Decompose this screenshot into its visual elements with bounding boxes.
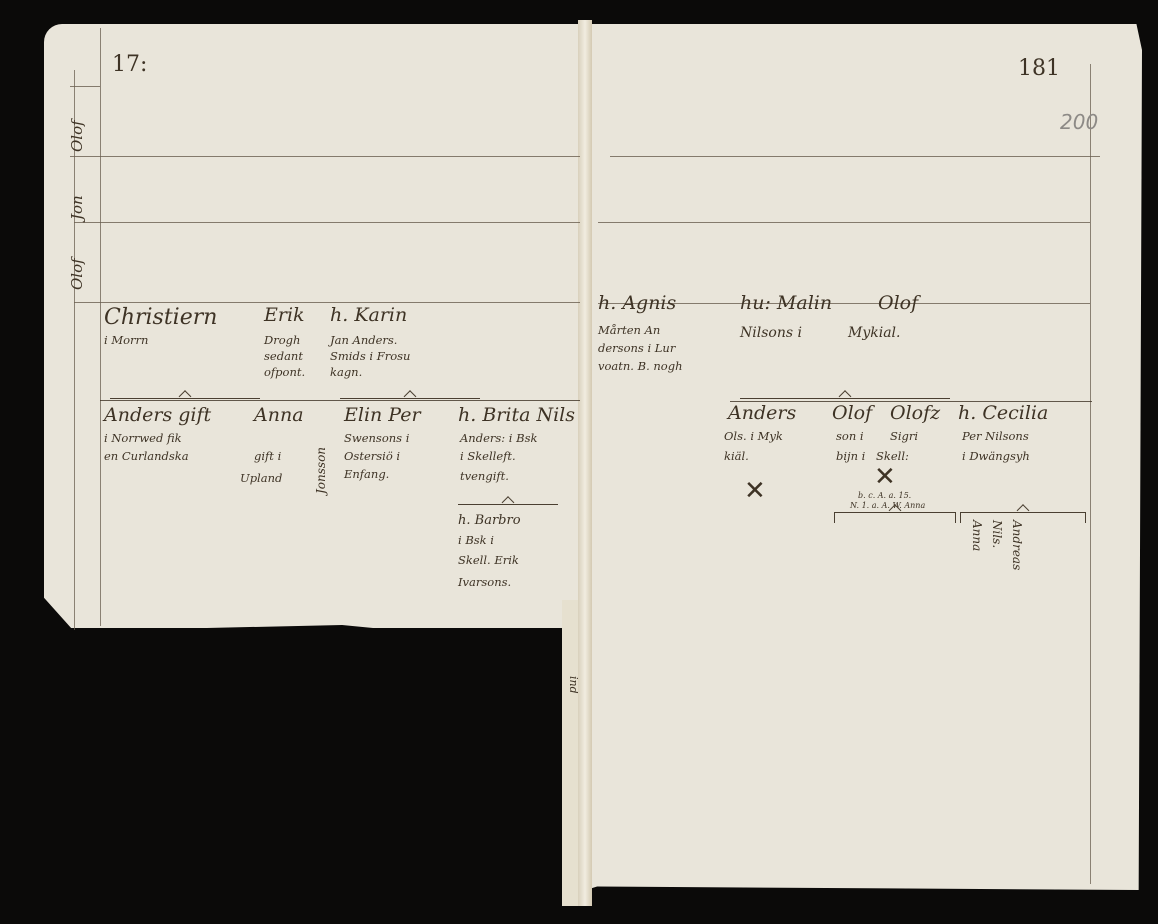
person-note: son i bbox=[836, 430, 864, 442]
person-note: Swensons i bbox=[344, 432, 409, 444]
person-note: gift i bbox=[254, 450, 281, 462]
family-bracket bbox=[110, 398, 260, 399]
right-margin-rule bbox=[1090, 64, 1091, 884]
person-note: Ostersiö i bbox=[344, 450, 400, 462]
small-note: b. c. A. a. 15. bbox=[858, 492, 911, 500]
person-name: h. Cecilia bbox=[958, 404, 1048, 424]
person-note: voatn. B. nogh bbox=[598, 360, 682, 372]
row-rule-2 bbox=[74, 222, 580, 223]
person-name: h. Brita Nils bbox=[458, 406, 575, 426]
row-rule-1 bbox=[70, 156, 580, 157]
person-note: tvengift. bbox=[460, 470, 509, 482]
margin-label: Olof bbox=[68, 228, 86, 290]
person-note: Enfang. bbox=[344, 468, 389, 480]
person-note: Sigri bbox=[890, 430, 918, 442]
person-note: sedant bbox=[264, 350, 303, 362]
left-margin-rule-outer bbox=[74, 70, 75, 630]
person-note: en Curlandska bbox=[104, 450, 189, 462]
person-note: Anders: i Bsk bbox=[460, 432, 537, 444]
person-note: i Bsk i bbox=[458, 534, 494, 546]
child-name: Anna bbox=[970, 520, 983, 551]
row-rule-3 bbox=[74, 302, 580, 303]
person-name: Olof bbox=[832, 404, 872, 424]
person-note: Per Nilsons bbox=[962, 430, 1029, 442]
person-note: i Skelleft. bbox=[460, 450, 516, 462]
person-name: Anders bbox=[728, 404, 796, 424]
person-note: kagn. bbox=[330, 366, 362, 378]
person-note: Mårten An bbox=[598, 324, 660, 336]
person-note: Ols. i Myk bbox=[724, 430, 783, 442]
person-name: Anders gift bbox=[104, 406, 211, 426]
marriage-bracket bbox=[458, 504, 558, 505]
page-number-right: 181 bbox=[1018, 56, 1060, 81]
person-name: hu: Malin bbox=[740, 294, 832, 314]
person-note: ofpont. bbox=[264, 366, 305, 378]
person-note: Mykial. bbox=[848, 326, 900, 341]
family-bracket bbox=[340, 398, 480, 399]
family-bracket bbox=[740, 398, 950, 399]
person-note: Skell: bbox=[876, 450, 909, 462]
person-note: i Morrn bbox=[104, 334, 148, 346]
person-name: Erik bbox=[264, 306, 305, 326]
person-name: Anna bbox=[254, 406, 304, 426]
person-note: Jan Anders. bbox=[330, 334, 397, 346]
person-note: Skell. Erik bbox=[458, 554, 519, 566]
pencil-folio-number: 200 bbox=[1060, 110, 1098, 134]
person-name: h. Barbro bbox=[458, 514, 521, 528]
person-note: kiäl. bbox=[724, 450, 749, 462]
person-note: Nilsons i bbox=[740, 326, 802, 341]
person-name: Christiern bbox=[104, 306, 217, 329]
person-note: Upland bbox=[240, 472, 282, 484]
page-number-left: 17: bbox=[112, 52, 147, 77]
child-name: Andreas bbox=[1010, 520, 1023, 570]
person-note: i Dwängsyh bbox=[962, 450, 1030, 462]
margin-label: Jon bbox=[68, 160, 86, 220]
person-name: Olofz bbox=[890, 404, 940, 424]
person-name: Elin Per bbox=[344, 406, 421, 426]
person-name: h. Karin bbox=[330, 306, 407, 326]
small-note: N. 1. a. A. W. Anna bbox=[850, 502, 925, 510]
person-note: Drogh bbox=[264, 334, 300, 346]
person-note: i Norrwed fik bbox=[104, 432, 182, 444]
row-rule-1-right bbox=[610, 156, 1100, 157]
vertical-note: Jonsson bbox=[314, 404, 328, 494]
book-gutter bbox=[578, 20, 592, 906]
deceased-mark: ✕ bbox=[744, 476, 766, 506]
generation-rule bbox=[100, 400, 580, 401]
child-name: Nils. bbox=[990, 520, 1003, 548]
children-bracket bbox=[834, 512, 956, 523]
row-rule-2-right bbox=[598, 222, 1090, 223]
left-margin-rule-inner bbox=[100, 28, 101, 626]
person-note: Ivarsons. bbox=[458, 576, 511, 588]
margin-rule bbox=[70, 86, 100, 87]
person-name: h. Agnis bbox=[598, 294, 676, 314]
margin-label: Olof bbox=[68, 90, 86, 152]
person-note: bijn i bbox=[836, 450, 865, 462]
deceased-mark: ✕ bbox=[874, 462, 896, 492]
person-name: Olof bbox=[878, 294, 918, 314]
person-note: Smids i Frosu bbox=[330, 350, 410, 362]
person-note: dersons i Lur bbox=[598, 342, 675, 354]
